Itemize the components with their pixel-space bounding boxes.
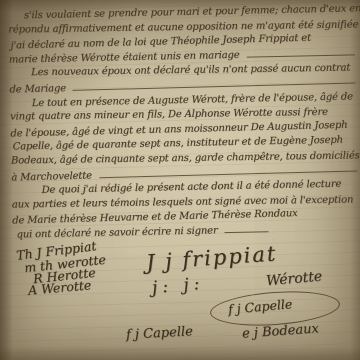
paper-edge-vignette bbox=[0, 0, 360, 360]
manuscript-page: s'ils voulaient se prendre pour mari et … bbox=[0, 0, 360, 360]
